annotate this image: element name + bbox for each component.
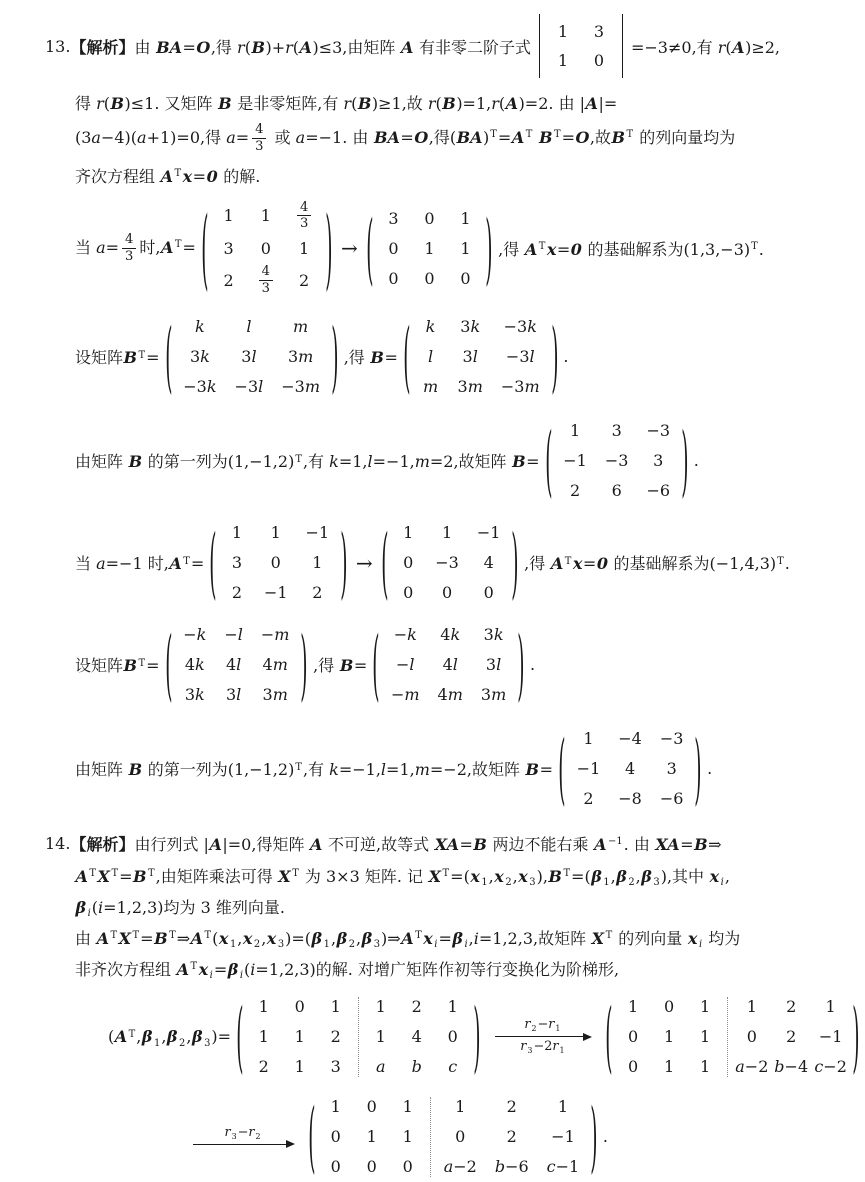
matrix-cell: 0: [471, 581, 507, 604]
matrix-cell: −3m: [492, 375, 549, 398]
matrix-cell: 4l: [216, 653, 252, 676]
matrix-cell: 2: [773, 995, 809, 1018]
matrix-cell: 4: [612, 757, 648, 780]
matrix-cell: −m: [252, 623, 299, 646]
matrix-cell: 1: [246, 1025, 282, 1048]
matrix-cell: 43: [247, 263, 285, 298]
left-paren-icon: (: [544, 446, 554, 475]
math-text: (AT,β1,β2,β3)=: [108, 1027, 231, 1046]
matrix-cell: −1: [554, 449, 596, 472]
matrix-cell: 3: [211, 237, 247, 260]
matrix-cell: 2: [318, 1025, 354, 1048]
problem-number: 13.: [45, 37, 70, 56]
left-paren-icon: (: [208, 548, 218, 577]
matrix-cell: 0: [375, 267, 411, 290]
determinant-cell: 1: [545, 20, 581, 43]
matrix-cell: 3m: [472, 683, 515, 706]
matrix-cell: 0: [429, 581, 465, 604]
matrix: (1−4−3−1432−8−6): [556, 724, 704, 814]
left-paren-icon: (: [604, 1022, 614, 1051]
matrix-cell: 1: [615, 995, 651, 1018]
right-paren-icon: ): [851, 1022, 861, 1051]
matrix-cell: 1: [219, 521, 255, 544]
line-13-1: 13.【解析】由 BA=O,得 r(B)+r(A)≤3,由矩阵 A 有非零二阶子…: [45, 14, 865, 78]
math-text: ,得 ATx=0 的基础解系为(1,3,−3)T.: [498, 237, 764, 260]
matrix-cell: 3: [375, 207, 411, 230]
solution-text: 13.【解析】由 BA=O,得 r(B)+r(A)≤3,由矩阵 A 有非零二阶子…: [0, 14, 865, 1182]
line-14-4: 由 ATXT=BT⇒AT(x1,x2,x3)=(β1,β2,β3)⇒ATxi=β…: [75, 926, 865, 949]
matrix-cell: 1: [447, 237, 483, 260]
matrix-cell: 0: [282, 995, 318, 1018]
math-text: 由行列式 |A|=0,得矩阵 A 不可逆,故等式 XA=B 两边不能右乘 A−1…: [134, 832, 721, 855]
matrix-cell: 4k: [176, 653, 214, 676]
display-13-case-a-neg1: 当 a=−1 时,AT=(11−13012−12)→(11−10−34000),…: [75, 518, 865, 608]
matrix-cell: 2: [399, 995, 435, 1018]
matrix-cell: 0: [390, 1155, 426, 1178]
row-op-label: r2−r1: [524, 1018, 561, 1033]
left-paren-icon: (: [235, 1022, 245, 1051]
matrix-cell: 1: [651, 1025, 687, 1048]
math-text: 设矩阵BT=: [75, 653, 160, 676]
math-text: (3a−4)(a+1)=0,得 a=43 或 a=−1. 由 BA=O,得(BA…: [75, 123, 735, 154]
matrix-cell: −3m: [272, 375, 329, 398]
right-paren-icon: ): [484, 234, 494, 263]
line-14-5: 非齐次方程组 ATxi=βi(i=1,2,3)的解. 对增广矩阵作初等行变换化为…: [75, 957, 865, 980]
matrix-cell: 0: [354, 1095, 390, 1118]
matrix-cell: 3: [654, 757, 690, 780]
matrix-cell: b−6: [486, 1155, 538, 1178]
display-13-case-a-4-3: 当 a=43时,AT=(11433012432)→(301011000),得 A…: [75, 199, 865, 298]
display-14-rowreduce-2: r3−r2(10101100012102−1a−2b−6c−1).: [183, 1092, 865, 1182]
matrix-cell: 2: [494, 1125, 530, 1148]
matrix-cell: 1: [687, 995, 723, 1018]
left-paren-icon: (: [164, 650, 174, 679]
matrix-cell: 3l: [476, 653, 512, 676]
matrix-cell: 0: [390, 581, 426, 604]
matrix-cell: −k: [174, 623, 215, 646]
matrix-cell: c: [435, 1055, 471, 1078]
analysis-label: 【解析】: [70, 832, 134, 855]
matrix-cell: −l: [387, 653, 424, 676]
matrix-cell: 1: [363, 995, 399, 1018]
determinant: 1310: [539, 14, 623, 78]
matrix-cell: −3k: [174, 375, 225, 398]
line-14-2: ATXT=BT,由矩阵乘法可得 XT 为 3×3 矩阵. 记 XT=(x1,x2…: [75, 864, 865, 887]
matrix-cell: −3: [426, 551, 468, 574]
matrix-cell: 1: [390, 1125, 426, 1148]
matrix: (301011000): [364, 203, 495, 293]
matrix-cell: 3l: [231, 345, 267, 368]
matrix-cell: 3m: [449, 375, 492, 398]
matrix-cell: 0: [442, 1125, 478, 1148]
matrix-cell: c−1: [538, 1155, 589, 1178]
matrix: (13−3−1−3326−6): [543, 416, 691, 506]
right-paren-icon: ): [330, 342, 340, 371]
matrix-cell: −1: [468, 521, 510, 544]
matrix-cell: 3l: [452, 345, 488, 368]
augmented-matrix: (10101101112102−1a−2b−4c−2): [603, 992, 862, 1082]
matrix-cell: 2: [773, 1025, 809, 1048]
right-paren-icon: ): [516, 650, 526, 679]
matrix-cell: 0: [615, 1025, 651, 1048]
matrix-cell: 1: [318, 995, 354, 1018]
math-text: .: [530, 655, 535, 674]
matrix-cell: 3: [599, 419, 635, 442]
determinant-cell: 3: [581, 20, 617, 43]
matrix-cell: 1: [354, 1125, 390, 1148]
matrix: (11−10−34000): [379, 518, 522, 608]
row-op-label: r3−2r1: [520, 1040, 565, 1055]
matrix-cell: 1: [813, 995, 849, 1018]
matrix-cell: 0: [447, 267, 483, 290]
matrix-cell: 0: [375, 237, 411, 260]
matrix-cell: −1: [297, 521, 339, 544]
line-14-1: 14.【解析】由行列式 |A|=0,得矩阵 A 不可逆,故等式 XA=B 两边不…: [45, 832, 865, 855]
augmented-matrix: (101112213121140abc): [234, 992, 482, 1082]
math-text: ,得 B=: [344, 345, 398, 368]
arrow-icon: →: [341, 236, 358, 260]
matrix-cell: 2: [286, 269, 322, 292]
left-paren-icon: (: [402, 342, 412, 371]
matrix-cell: 0: [318, 1125, 354, 1148]
math-text: ,得 B=: [313, 653, 367, 676]
matrix-cell: −1: [568, 757, 610, 780]
matrix-cell: 4: [399, 1025, 435, 1048]
matrix-cell: 4: [471, 551, 507, 574]
matrix-cell: 4l: [432, 653, 468, 676]
math-text: 非齐次方程组 ATxi=βi(i=1,2,3)的解. 对增广矩阵作初等行变换化为…: [75, 957, 619, 980]
matrix-cell: 2: [211, 269, 247, 292]
matrix-cell: b: [399, 1055, 435, 1078]
matrix-cell: m: [283, 315, 319, 338]
matrix-cell: −l: [215, 623, 252, 646]
right-paren-icon: ): [510, 548, 520, 577]
left-paren-icon: (: [365, 234, 375, 263]
matrix-cell: 0: [615, 1055, 651, 1078]
left-paren-icon: (: [380, 548, 390, 577]
matrix-cell: −4: [609, 727, 651, 750]
matrix-cell: 1: [282, 1025, 318, 1048]
math-text: 由矩阵 B 的第一列为(1,−1,2)T,有 k=−1,l=1,m=−2,故矩阵…: [75, 757, 553, 780]
line-13-3: (3a−4)(a+1)=0,得 a=43 或 a=−1. 由 BA=O,得(BA…: [75, 123, 865, 154]
right-paren-icon: ): [680, 446, 690, 475]
matrix-cell: 1: [442, 1095, 478, 1118]
line-13-firstcol-2: 由矩阵 B 的第一列为(1,−1,2)T,有 k=−1,l=1,m=−2,故矩阵…: [75, 724, 865, 814]
arrow-shaft-icon: [193, 1144, 293, 1145]
matrix-cell: 1: [545, 1095, 581, 1118]
matrix-cell: 3: [640, 449, 676, 472]
augment-divider: [358, 997, 359, 1077]
matrix-cell: 1: [286, 237, 322, 260]
right-paren-icon: ): [693, 754, 703, 783]
math-text: 设矩阵BT=: [75, 345, 160, 368]
fraction: 43: [252, 123, 266, 154]
matrix: (klm3k3l3m−3k−3l−3m): [163, 312, 341, 402]
right-paren-icon: ): [589, 1122, 599, 1151]
matrix-cell: 0: [354, 1155, 390, 1178]
matrix-cell: 3: [318, 1055, 354, 1078]
matrix-cell: −1: [542, 1125, 584, 1148]
math-text: ,得 ATx=0 的基础解系为(−1,4,3)T.: [524, 551, 790, 574]
matrix-cell: 1: [447, 207, 483, 230]
matrix-cell: k: [182, 315, 218, 338]
line-13-4: 齐次方程组 ATx=0 的解.: [75, 164, 865, 187]
matrix-cell: 1: [429, 521, 465, 544]
matrix-cell: 3l: [216, 683, 252, 706]
matrix-cell: 1: [435, 995, 471, 1018]
matrix-cell: 1: [557, 419, 593, 442]
matrix-cell: 1: [687, 1025, 723, 1048]
matrix-cell: −3: [651, 727, 693, 750]
matrix-cell: 2: [494, 1095, 530, 1118]
right-paren-icon: ): [299, 650, 309, 679]
left-paren-icon: (: [307, 1122, 317, 1151]
matrix-cell: c−2: [805, 1055, 856, 1078]
matrix-cell: 43: [285, 199, 323, 234]
matrix-cell: 0: [318, 1155, 354, 1178]
math-text: 得 r(B)≤1. 又矩阵 B 是非零矩阵,有 r(B)≥1,故 r(B)=1,…: [75, 91, 617, 114]
right-paren-icon: ): [472, 1022, 482, 1051]
matrix-cell: 1: [282, 1055, 318, 1078]
arrow-shaft-icon: [495, 1036, 590, 1037]
right-paren-icon: ): [339, 548, 349, 577]
matrix-cell: 2: [219, 581, 255, 604]
matrix-cell: −8: [609, 787, 651, 810]
math-text: 齐次方程组 ATx=0 的解.: [75, 164, 260, 187]
left-paren-icon: (: [164, 342, 174, 371]
line-13-2: 得 r(B)≤1. 又矩阵 B 是非零矩阵,有 r(B)≥1,故 r(B)=1,…: [75, 91, 865, 114]
matrix-cell: 3m: [279, 345, 322, 368]
fraction: 43: [122, 233, 136, 264]
left-paren-icon: (: [200, 234, 210, 263]
arrow-icon: →: [356, 551, 373, 575]
row-op-label: r3−r2: [224, 1126, 261, 1141]
matrix-cell: k: [413, 315, 449, 338]
analysis-label: 【解析】: [70, 35, 134, 58]
matrix-cell: 0: [734, 1025, 770, 1048]
matrix-cell: 1: [411, 237, 447, 260]
math-text: 由 BA=O,得 r(B)+r(A)≤3,由矩阵 A 有非零二阶子式: [134, 35, 531, 58]
matrix-cell: 4m: [429, 683, 472, 706]
matrix-cell: 3m: [254, 683, 297, 706]
math-text: ATXT=BT,由矩阵乘法可得 XT 为 3×3 矩阵. 记 XT=(x1,x2…: [75, 864, 730, 887]
matrix-cell: 1: [299, 551, 335, 574]
matrix-cell: −1: [255, 581, 297, 604]
matrix-cell: 4k: [431, 623, 469, 646]
matrix-cell: 1: [363, 1025, 399, 1048]
matrix-cell: 0: [651, 995, 687, 1018]
line-13-firstcol-1: 由矩阵 B 的第一列为(1,−1,2)T,有 k=1,l=−1,m=2,故矩阵 …: [75, 416, 865, 506]
matrix-cell: 1: [211, 204, 247, 227]
matrix-cell: 0: [248, 237, 284, 260]
matrix-cell: −6: [651, 787, 693, 810]
matrix-cell: m: [413, 375, 449, 398]
augmented-matrix: (10101100012102−1a−2b−6c−1): [306, 1092, 600, 1182]
matrix-cell: 4m: [254, 653, 297, 676]
left-paren-icon: (: [557, 754, 567, 783]
row-operation-arrow: r3−r2: [193, 1126, 293, 1148]
matrix-cell: 3k: [181, 345, 219, 368]
math-text: =−3≠0,有 r(A)≥2,: [631, 35, 780, 58]
math-text: βi(i=1,2,3)均为 3 维列向量.: [75, 895, 285, 918]
matrix-cell: 0: [390, 551, 426, 574]
matrix: (11−13012−12): [207, 518, 350, 608]
matrix-cell: 6: [599, 479, 635, 502]
matrix-cell: l: [413, 345, 449, 368]
matrix-cell: −3k: [495, 315, 546, 338]
display-13-bt-1: 设矩阵BT=(klm3k3l3m−3k−3l−3m),得 B=(k3k−3kl3…: [75, 312, 865, 402]
math-text: .: [603, 1127, 608, 1146]
matrix-cell: 1: [390, 521, 426, 544]
matrix-cell: 2: [299, 581, 335, 604]
math-text: 当 a=−1 时,AT=: [75, 551, 204, 574]
line-14-3: βi(i=1,2,3)均为 3 维列向量.: [75, 895, 865, 918]
matrix-cell: 2: [570, 787, 606, 810]
matrix-cell: 1: [687, 1055, 723, 1078]
matrix-cell: −3: [637, 419, 679, 442]
right-paren-icon: ): [324, 234, 334, 263]
matrix-cell: 1: [390, 1095, 426, 1118]
matrix-cell: 1: [246, 995, 282, 1018]
matrix-cell: 3k: [451, 315, 489, 338]
math-text: .: [707, 759, 712, 778]
matrix-cell: −3l: [226, 375, 273, 398]
math-text: 由矩阵 B 的第一列为(1,−1,2)T,有 k=1,l=−1,m=2,故矩阵 …: [75, 449, 540, 472]
document-page: 13.【解析】由 BA=O,得 r(B)+r(A)≤3,由矩阵 A 有非零二阶子…: [0, 0, 865, 1182]
augment-divider: [430, 1097, 431, 1177]
display-14-rowreduce-1: (AT,β1,β2,β3)=(101112213121140abc)r2−r1r…: [108, 992, 865, 1082]
matrix-cell: a−2: [435, 1155, 486, 1178]
matrix: (−k−l−m4k4l4m3k3l3m): [163, 620, 311, 710]
matrix-cell: −3: [596, 449, 638, 472]
matrix-cell: 1: [651, 1055, 687, 1078]
matrix-cell: 1: [570, 727, 606, 750]
matrix-cell: 0: [435, 1025, 471, 1048]
matrix-cell: 1: [248, 204, 284, 227]
display-13-bt-2: 设矩阵BT=(−k−l−m4k4l4m3k3l3m),得 B=(−k4k3k−l…: [75, 620, 865, 710]
math-text: .: [694, 451, 699, 470]
matrix-cell: l: [231, 315, 267, 338]
matrix-cell: −6: [637, 479, 679, 502]
fraction: 43: [297, 201, 311, 232]
matrix-cell: 0: [411, 267, 447, 290]
math-text: .: [563, 347, 568, 366]
matrix-cell: 1: [318, 1095, 354, 1118]
matrix-cell: 3k: [475, 623, 513, 646]
matrix-cell: 1: [734, 995, 770, 1018]
matrix-cell: 2: [557, 479, 593, 502]
fraction: 43: [259, 265, 273, 296]
matrix-cell: 3k: [176, 683, 214, 706]
matrix: (−k4k3k−l4l3l−m4m3m): [370, 620, 527, 710]
matrix-cell: 2: [246, 1055, 282, 1078]
determinant-cell: 0: [581, 49, 617, 72]
matrix-cell: −k: [385, 623, 426, 646]
matrix: (k3k−3kl3l−3lm3m−3m): [401, 312, 561, 402]
matrix: (11433012432): [199, 199, 335, 298]
matrix-cell: 0: [411, 207, 447, 230]
matrix-cell: 1: [258, 521, 294, 544]
math-text: 由 ATXT=BT⇒AT(x1,x2,x3)=(β1,β2,β3)⇒ATxi=β…: [75, 926, 740, 949]
matrix-cell: −3l: [497, 345, 544, 368]
matrix-cell: −1: [810, 1025, 852, 1048]
matrix-cell: 3: [219, 551, 255, 574]
determinant-cell: 1: [545, 49, 581, 72]
matrix-cell: −m: [382, 683, 429, 706]
row-operation-arrow: r2−r1r3−2r1: [495, 1018, 590, 1054]
left-paren-icon: (: [371, 650, 381, 679]
right-paren-icon: ): [550, 342, 560, 371]
matrix-cell: a: [363, 1055, 399, 1078]
math-text: 当 a=43时,AT=: [75, 233, 196, 264]
matrix-cell: 0: [258, 551, 294, 574]
problem-number: 14.: [45, 834, 70, 853]
